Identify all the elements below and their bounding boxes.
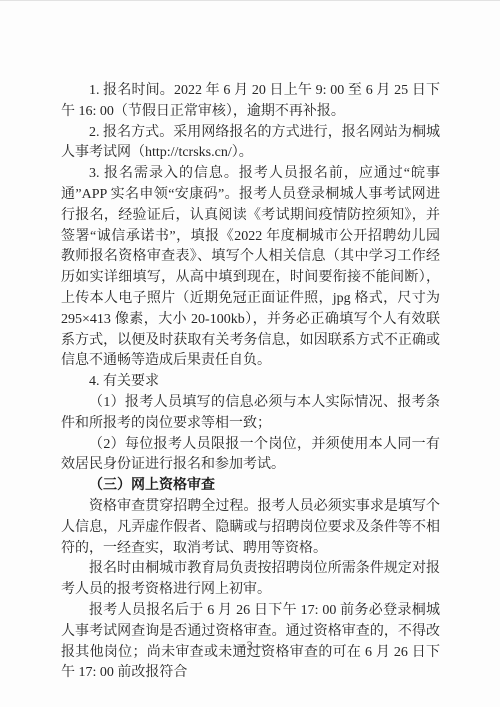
document-page: 1. 报名时间。2022 年 6 月 20 日上午 9: 00 至 6 月 25… [0,0,500,707]
paragraph-registration-method: 2. 报名方式。采用网络报名的方式进行，报名网站为桐城人事考试网（http://… [61,123,440,165]
paragraph-requirement-1: （1）报考人员填写的信息必须与本人实际情况、报考条件和所报考的岗位要求等相一致； [61,393,440,435]
paragraph-requirements-title: 4. 有关要求 [61,372,440,393]
paragraph-requirement-2: （2）每位报考人员限报一个岗位，并须使用本人同一有效居民身份证进行报名和参加考试… [61,435,440,477]
document-body: 1. 报名时间。2022 年 6 月 20 日上午 9: 00 至 6 月 25… [61,81,440,684]
paragraph-registration-time: 1. 报名时间。2022 年 6 月 20 日上午 9: 00 至 6 月 25… [61,81,440,123]
section-heading-online-qualification-review: （三）网上资格审查 [61,476,440,497]
paragraph-review-scope: 资格审查贯穿招聘全过程。报考人员必须实事求是填写个人信息，凡弄虚作假者、隐瞒或与… [61,497,440,559]
paragraph-review-authority: 报名时由桐城市教育局负责按招聘岗位所需条件规定对报考人员的报考资格进行网上初审。 [61,559,440,601]
page-number: —3— [0,639,500,654]
paragraph-registration-info: 3. 报名需录入的信息。报考人员报名前，应通过“皖事通”APP 实名申领“安康码… [61,164,440,372]
